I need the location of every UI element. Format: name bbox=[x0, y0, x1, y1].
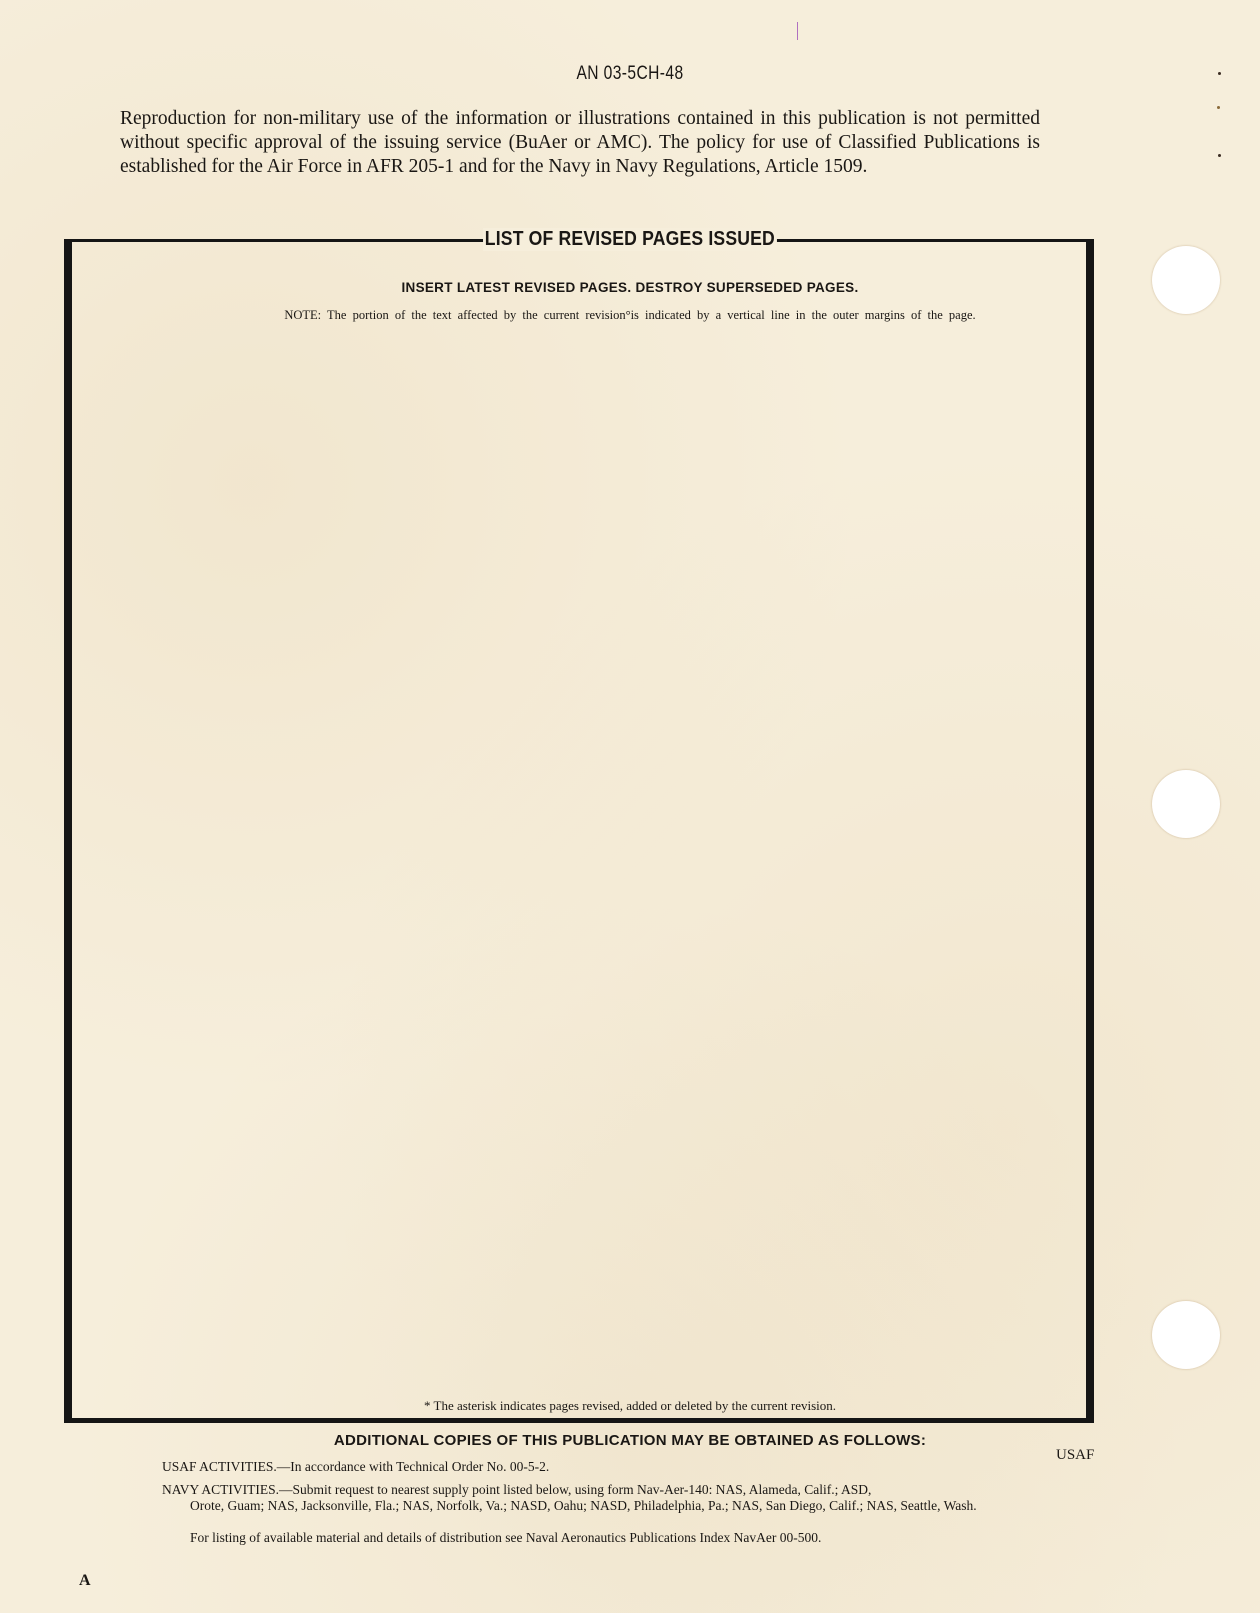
asterisk-note: * The asterisk indicates pages revised, … bbox=[0, 1398, 1260, 1414]
ink-speck bbox=[1218, 154, 1221, 157]
revised-pages-header: LIST OF REVISED PAGES ISSUED bbox=[0, 228, 1260, 251]
ink-speck bbox=[1217, 106, 1220, 109]
punch-hole-icon bbox=[1152, 1301, 1220, 1369]
revised-pages-instruction: INSERT LATEST REVISED PAGES. DESTROY SUP… bbox=[0, 280, 1260, 295]
revised-pages-title: LIST OF REVISED PAGES ISSUED bbox=[483, 228, 777, 251]
usaf-tag: USAF bbox=[1056, 1447, 1094, 1464]
navy-activities-first-line: NAVY ACTIVITIES.—Submit request to neare… bbox=[162, 1482, 1008, 1498]
usaf-activities: USAF ACTIVITIES.—In accordance with Tech… bbox=[162, 1459, 549, 1475]
navy-activities-continuation: Orote, Guam; NAS, Jacksonville, Fla.; NA… bbox=[162, 1498, 1008, 1514]
revision-note: NOTE: The portion of the text affected b… bbox=[0, 308, 1260, 323]
navy-activities: NAVY ACTIVITIES.—Submit request to neare… bbox=[162, 1482, 1008, 1514]
page-letter: A bbox=[79, 1572, 91, 1590]
distribution-listing: For listing of available material and de… bbox=[190, 1530, 821, 1546]
punch-hole-icon bbox=[1152, 770, 1220, 838]
document-number: AN 03-5CH-48 bbox=[113, 63, 1146, 85]
punch-hole-icon bbox=[1152, 246, 1220, 314]
revised-pages-box bbox=[64, 239, 1094, 1423]
ink-speck bbox=[1218, 72, 1221, 75]
reproduction-notice: Reproduction for non-military use of the… bbox=[120, 107, 1040, 179]
margin-mark bbox=[797, 22, 798, 40]
